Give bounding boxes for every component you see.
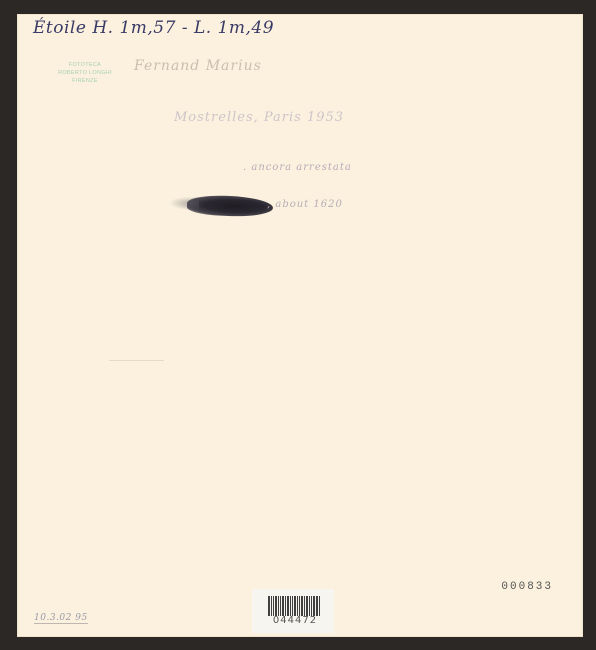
ink-smudge bbox=[187, 195, 274, 218]
library-stamp: FOTOTECA ROBERTO LONGHI FIRENZE bbox=[45, 61, 125, 85]
artist-note: Fernand Marius bbox=[134, 58, 262, 74]
stamp-line: FIRENZE bbox=[45, 77, 125, 85]
barcode-label: 044472 bbox=[252, 589, 334, 633]
pencil-mark bbox=[109, 360, 164, 361]
inventory-number: 000833 bbox=[501, 581, 553, 593]
title-dimensions: Étoile H. 1m,57 - L. 1m,49 bbox=[33, 18, 274, 38]
archive-date: 10.3.02 95 bbox=[34, 613, 88, 624]
date-note: , about 1620 bbox=[267, 199, 343, 210]
barcode-icon bbox=[268, 596, 322, 616]
photo-back-sheet: Étoile H. 1m,57 - L. 1m,49 FOTOTECA ROBE… bbox=[17, 14, 583, 637]
barcode-number: 044472 bbox=[264, 615, 326, 626]
location-note: . ancora arrestata bbox=[243, 162, 352, 173]
stamp-line: FOTOTECA bbox=[45, 61, 125, 69]
exhibition-note: Mostrelles, Paris 1953 bbox=[174, 110, 344, 125]
stamp-line: ROBERTO LONGHI bbox=[45, 69, 125, 77]
